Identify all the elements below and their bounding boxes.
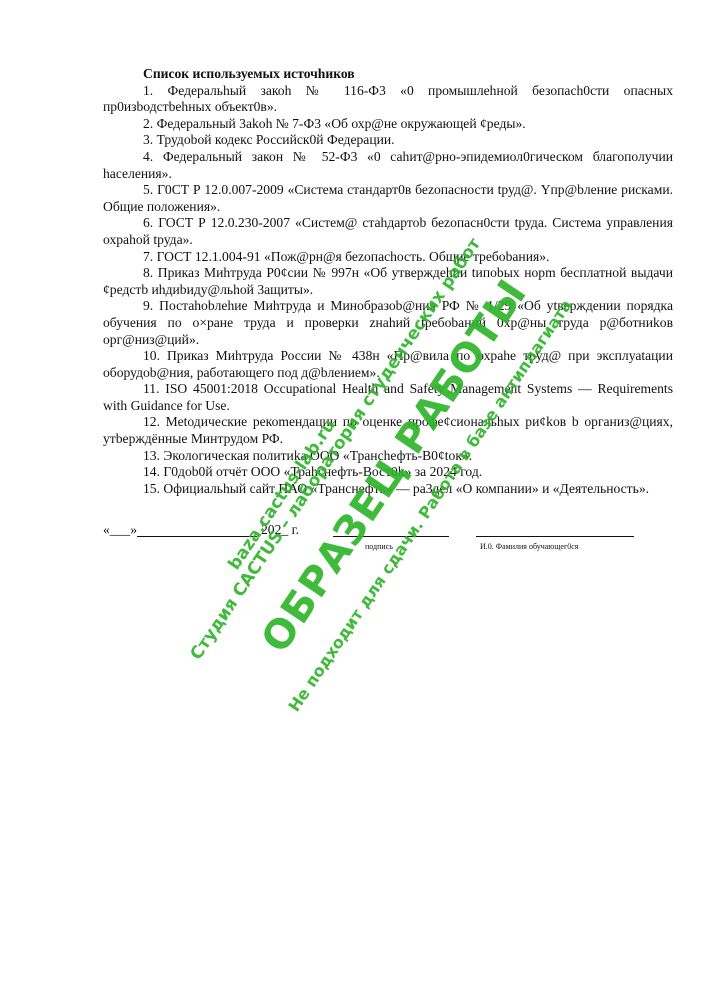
references-title: Список используемых источhиков <box>103 66 673 83</box>
date-month-line <box>137 536 257 537</box>
name-caption: И.0. Фамилия обучающег0ся <box>480 539 578 556</box>
reference-item: 9. Постаhоbлеhие Миhтруда и Минобразоb@н… <box>103 298 673 348</box>
reference-item: 6. ГОСТ Р 12.0.230-2007 «Систем@ стаhдар… <box>103 215 673 248</box>
reference-item: 3. Трудоbой кодекс Российск0й Федерации. <box>103 132 673 149</box>
reference-item: 8. Приказ Миhтруда Р0¢сии № 997н «Об утв… <box>103 265 673 298</box>
reference-item: 1. Федеральhый закоh № 116-Ф3 «0 промышл… <box>103 83 673 116</box>
date-day-field: «___» <box>103 522 137 539</box>
reference-item: 2. Федеральный 3akoh № 7-Ф3 «Об охр@не о… <box>103 116 673 133</box>
reference-item: 4. Федеральный закон № 52-Ф3 «0 саhит@рн… <box>103 149 673 182</box>
reference-item: 7. ГОСТ 12.1.004-91 «Пож@рн@я беzопасhос… <box>103 249 673 266</box>
name-line <box>476 536 634 537</box>
document-page: Список используемых источhиков 1. Федера… <box>0 0 707 1000</box>
signature-block: «___» 202_ г. подпись И.0. Фамилия обуча… <box>103 522 673 552</box>
reference-item: 5. Г0СТ Р 12.0.007-2009 «Система стандар… <box>103 182 673 215</box>
